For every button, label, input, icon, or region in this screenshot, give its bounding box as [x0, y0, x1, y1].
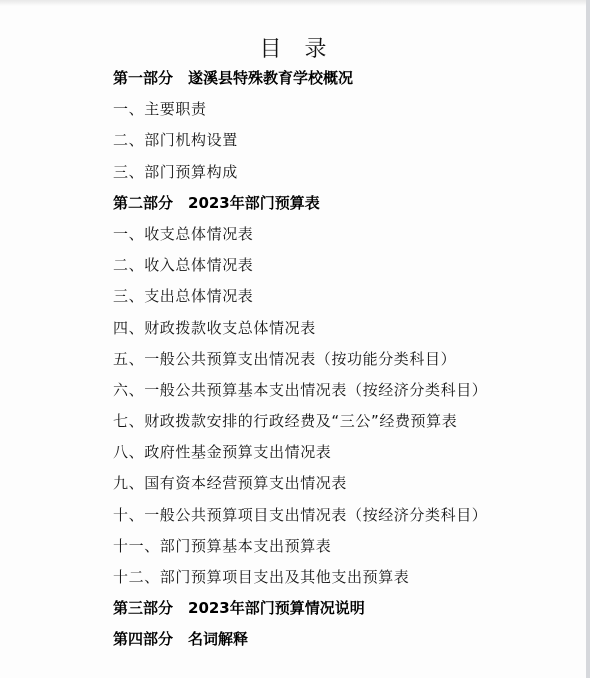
toc-item: 十二、部门预算项目支出及其他支出预算表: [113, 566, 487, 597]
toc-item: 四、财政拨款收支总体情况表: [113, 317, 487, 348]
toc-title: 目 录: [0, 32, 586, 63]
document-page: 目 录 第一部分 遂溪县特殊教育学校概况 一、主要职责 二、部门机构设置 三、部…: [0, 0, 586, 678]
toc-part-3: 第三部分 2023年部门预算情况说明: [113, 597, 487, 628]
toc-item: 三、支出总体情况表: [113, 285, 487, 316]
toc-item: 一、收支总体情况表: [113, 223, 487, 254]
toc-part-2: 第二部分 2023年部门预算表: [113, 192, 487, 223]
toc-item: 五、一般公共预算支出情况表（按功能分类科目）: [113, 348, 487, 379]
toc-item: 二、部门机构设置: [113, 129, 487, 160]
top-shadow: [0, 0, 586, 6]
toc-part-4: 第四部分 名词解释: [113, 628, 487, 659]
toc-item: 六、一般公共预算基本支出情况表（按经济分类科目）: [113, 379, 487, 410]
toc-item: 二、收入总体情况表: [113, 254, 487, 285]
toc-item: 一、主要职责: [113, 98, 487, 129]
toc-item: 十、一般公共预算项目支出情况表（按经济分类科目）: [113, 504, 487, 535]
toc-item: 九、国有资本经营预算支出情况表: [113, 472, 487, 503]
table-of-contents: 第一部分 遂溪县特殊教育学校概况 一、主要职责 二、部门机构设置 三、部门预算构…: [113, 67, 487, 660]
toc-item: 三、部门预算构成: [113, 161, 487, 192]
toc-item: 七、财政拨款安排的行政经费及“三公”经费预算表: [113, 410, 487, 441]
toc-part-1: 第一部分 遂溪县特殊教育学校概况: [113, 67, 487, 98]
toc-item: 十一、部门预算基本支出预算表: [113, 535, 487, 566]
scrollbar[interactable]: [586, 0, 590, 678]
toc-item: 八、政府性基金预算支出情况表: [113, 441, 487, 472]
